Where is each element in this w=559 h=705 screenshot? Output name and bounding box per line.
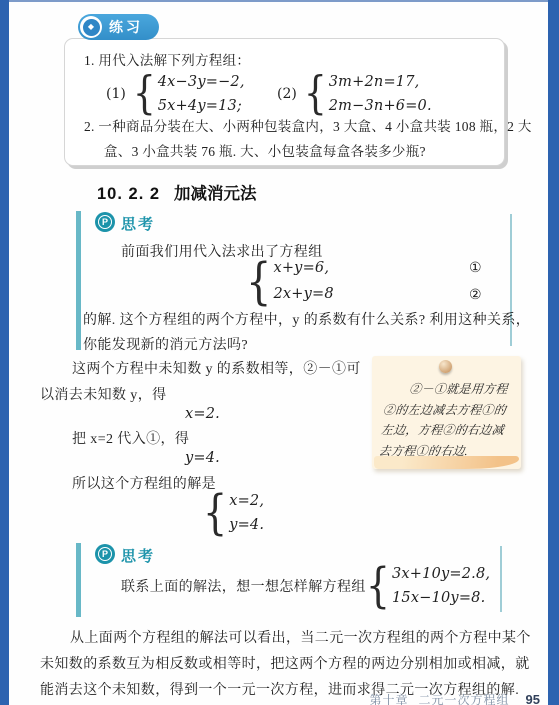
think2-text: 联系上面的解法，想一想怎样解方程组 — [121, 576, 366, 596]
equation-system-1: (1) 4x−3y=−2, 5x+4y=13; — [106, 70, 245, 118]
equation-system-2: (2) 3m+2n=17, 2m−3n+6=0. — [277, 70, 432, 118]
section-title: 加减消元法 — [174, 185, 257, 203]
note-text: ②－①就是用方程 ②的左边减去方程①的 左边，方程②的右边减 去方程①的右边. — [378, 379, 520, 461]
sticky-note: ②－①就是用方程 ②的左边减去方程①的 左边，方程②的右边减 去方程①的右边. — [372, 356, 521, 469]
equation-line: y=4. — [229, 513, 264, 537]
note-line: 左边，方程②的右边减 — [380, 420, 515, 441]
solution-substitute-line: 把 x=2 代入①，得 — [72, 428, 189, 448]
footer-page-number: 95 — [526, 692, 540, 705]
think1-equation-system: x+y=6, 2x+y=8 — [246, 255, 334, 307]
solution-result-line: 所以这个方程组的解是 — [72, 473, 216, 493]
equation-line: 3x+10y=2.8, — [392, 562, 490, 586]
conclusion-line-2: 未知数的系数互为相反数或相等时，把这两个方程的两边分别相加或相减，就 — [40, 653, 530, 673]
section-number: 10. 2. 2 — [97, 185, 160, 203]
think1-text-line-2: 你能发现新的消元方法吗? — [83, 334, 248, 354]
think-icon: P — [95, 544, 115, 564]
solution-system: x=2, y=4. — [203, 489, 264, 537]
left-brace-icon — [304, 76, 327, 112]
note-line: 去方程①的右边. — [378, 441, 513, 462]
think2-right-rule — [500, 546, 502, 612]
page-footer: 第十章二元一次方程组95 — [0, 691, 540, 705]
solution-paragraph-line-1: 这两个方程中未知数 y 的系数相等，②－①可 — [72, 358, 361, 378]
exercise-item-2-line-1: 2. 一种商品分装在大、小两种包装盒内，3 大盒、4 小盒共装 108 瓶，2 … — [84, 115, 532, 135]
think-icon-letter: P — [98, 547, 112, 561]
page-top-border — [9, 0, 548, 2]
push-pin-icon — [439, 360, 452, 373]
page-left-border — [0, 0, 9, 705]
left-brace-icon — [366, 564, 390, 608]
conclusion-line-1: 从上面两个方程组的解法可以看出，当二元一次方程组的两个方程中某个 — [70, 627, 531, 647]
think1-text-line-1: 的解. 这个方程组的两个方程中，y 的系数有什么关系? 利用这种关系， — [83, 309, 530, 329]
equation-line: 2x+y=8 — [273, 281, 333, 307]
system-1-tag: (1) — [106, 86, 126, 102]
footer-chapter-title: 二元一次方程组 — [419, 693, 510, 705]
think1-label: 思考 — [121, 213, 155, 234]
practice-icon: ◆ — [80, 16, 102, 38]
section-heading: 10. 2. 2加减消元法 — [97, 180, 257, 204]
page-right-border — [548, 0, 559, 705]
equation-line: 3m+2n=17, — [329, 70, 432, 94]
think-icon-letter: P — [98, 215, 112, 229]
equation-y-value: y=4. — [40, 450, 365, 466]
exercise-item-1: 1. 用代入法解下列方程组： — [84, 49, 250, 69]
note-line: ②－①就是用方程 — [384, 379, 519, 400]
think2-left-bar — [76, 543, 81, 617]
textbook-page: ◆ 练习 1. 用代入法解下列方程组： (1) 4x−3y=−2, 5x+4y=… — [0, 0, 559, 705]
footer-chapter-label: 第十章 — [370, 693, 409, 705]
equation-line: 15x−10y=8. — [392, 586, 490, 610]
think1-left-bar — [76, 211, 81, 350]
exercise-label: 练习 — [109, 17, 143, 37]
left-brace-icon — [203, 491, 227, 535]
left-brace-icon — [246, 258, 271, 305]
exercise-tab: ◆ 练习 — [78, 14, 159, 40]
left-brace-icon — [133, 76, 156, 112]
equation-line: x=2, — [229, 489, 264, 513]
equation-x-value: x=2. — [40, 406, 365, 422]
system-2-tag: (2) — [277, 86, 297, 102]
practice-icon-diamond: ◆ — [83, 19, 100, 36]
equation-number-1: ① — [469, 260, 482, 277]
think2-question: 联系上面的解法，想一想怎样解方程组 3x+10y=2.8, 15x−10y=8. — [121, 562, 490, 610]
solution-paragraph-line-2: 以消去未知数 y，得 — [40, 384, 167, 404]
equation-number-2: ② — [469, 287, 482, 304]
exercise-item-2-line-2: 盒、3 小盒共装 76 瓶. 大、小包装盒每盒各装多少瓶? — [104, 140, 426, 160]
note-line: ②的左边减去方程①的 — [382, 400, 517, 421]
equation-line: 4x−3y=−2, — [158, 70, 245, 94]
think-icon: P — [95, 212, 115, 232]
equation-line: x+y=6, — [273, 255, 333, 281]
